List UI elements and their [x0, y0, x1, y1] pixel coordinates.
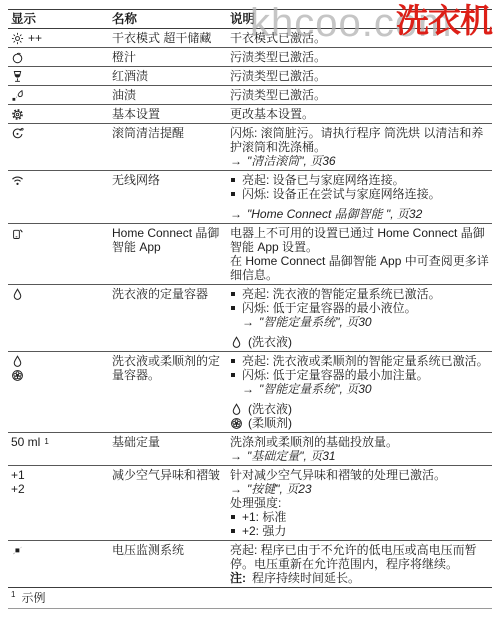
- bullet-text: 闪烁: 低于定量容器的最小加注量。: [242, 368, 429, 382]
- footnote: 1示例: [8, 587, 492, 609]
- icon-label-text: (洗衣液): [248, 335, 292, 349]
- display-line: 50 ml1: [11, 435, 112, 449]
- description-cell: 污渍类型已激活。: [230, 69, 492, 83]
- drum-clean-icon: [11, 127, 24, 140]
- description-cell: 亮起: 程序已由于不允许的低电压或高电压而暂停。电压重新在允许范围内，程序将继续…: [230, 543, 492, 585]
- description-line: 洗涤剂或柔顺剂的基础投放量。: [230, 435, 490, 449]
- display-cell: [8, 107, 112, 121]
- cross-reference: →"智能定量系统", 页30: [242, 382, 490, 396]
- reference-text: "基础定量", 页31: [247, 449, 336, 463]
- display-line: [11, 226, 112, 240]
- display-text: ++: [28, 31, 42, 45]
- description-line: 电器上不可用的设置已通过 Home Connect 晶御智能 App 设置。: [230, 226, 490, 254]
- display-cell: [8, 50, 112, 64]
- flower-icon: [230, 417, 243, 430]
- icon-label-text: (柔顺剂): [248, 416, 292, 430]
- indicator-table: 显示 名称 说明 ++干衣模式 超干储藏干衣模式已激活。橙汁污渍类型已激活。红酒…: [8, 9, 492, 609]
- table-row: Home Connect 晶御智能 App电器上不可用的设置已通过 Home C…: [8, 223, 492, 284]
- bullet-text: 亮起: 洗衣液的智能定量系统已激活。: [242, 287, 441, 301]
- description-cell: 针对减少空气异味和褶皱的处理已激活。→"按键", 页23处理强度:+1: 标准+…: [230, 468, 492, 538]
- table-row: 基本设置更改基本设置。: [8, 104, 492, 123]
- arrow-right-icon: →: [230, 207, 242, 221]
- table-row: 橙汁污渍类型已激活。: [8, 47, 492, 66]
- display-line: +1: [11, 468, 112, 482]
- flower-icon: [11, 369, 24, 382]
- name-cell: 油渍: [112, 88, 230, 102]
- description-line: 处理强度:: [230, 496, 490, 510]
- bullet-text: +1: 标准: [242, 510, 286, 524]
- display-line: +2: [11, 482, 112, 496]
- note-line: 注:程序持续时间延长。: [230, 571, 490, 585]
- bullet-text: 闪烁: 低于定量容器的最小液位。: [242, 301, 417, 315]
- display-cell: ++: [8, 31, 112, 45]
- cross-reference: →"基础定量", 页31: [230, 449, 490, 463]
- arrow-right-icon: →: [230, 449, 242, 463]
- description-cell: 污渍类型已激活。: [230, 50, 492, 64]
- orange-icon: [11, 51, 24, 64]
- bullet-icon: [231, 178, 235, 182]
- display-text: 50 ml: [11, 435, 40, 449]
- description-bullet-line: 闪烁: 低于定量容器的最小液位。: [230, 301, 490, 315]
- table-row: 洗衣液或柔顺剂的定量容器。亮起: 洗衣液或柔顺剂的智能定量系统已激活。闪烁: 低…: [8, 351, 492, 432]
- description-line: 针对减少空气异味和褶皱的处理已激活。: [230, 468, 490, 482]
- droplet-icon: [230, 336, 243, 349]
- name-cell: 滚筒清洁提醒: [112, 126, 230, 168]
- icon-label-line: (柔顺剂): [230, 416, 490, 430]
- display-text: +1: [11, 468, 25, 482]
- column-header-display: 显示: [8, 12, 112, 26]
- display-line: [11, 69, 112, 83]
- arrow-right-icon: →: [230, 482, 242, 496]
- display-line: [11, 354, 112, 368]
- display-cell: [8, 354, 112, 430]
- description-line: 亮起: 程序已由于不允许的低电压或高电压而暂停。电压重新在允许范围内，程序将继续…: [230, 543, 490, 571]
- display-line: [11, 173, 112, 187]
- bullet-icon: [231, 306, 235, 310]
- table-row: 洗衣液的定量容器亮起: 洗衣液的智能定量系统已激活。闪烁: 低于定量容器的最小液…: [8, 284, 492, 351]
- name-cell: 橙汁: [112, 50, 230, 64]
- footnote-text: 示例: [21, 591, 45, 605]
- display-cell: [8, 126, 112, 168]
- display-line: [11, 107, 112, 121]
- description-bullet-line: 闪烁: 设备正在尝试与家庭网络连接。: [230, 187, 490, 201]
- reference-text: "按键", 页23: [247, 482, 312, 496]
- display-line: ++: [11, 31, 112, 45]
- display-cell: +1+2: [8, 468, 112, 538]
- cross-reference: →"Home Connect 晶御智能 ", 页32: [230, 207, 490, 221]
- description-bullet-line: +1: 标准: [230, 510, 490, 524]
- table-row: 50 ml1基础定量洗涤剂或柔顺剂的基础投放量。→"基础定量", 页31: [8, 432, 492, 465]
- description-line: 污渍类型已激活。: [230, 88, 490, 102]
- table-row: +1+2减少空气异味和褶皱针对减少空气异味和褶皱的处理已激活。→"按键", 页2…: [8, 465, 492, 540]
- site-stamp-text: 洗衣机: [396, 2, 492, 40]
- display-cell: 50 ml1: [8, 435, 112, 463]
- cross-reference: →"清洁滚筒", 页36: [230, 154, 490, 168]
- display-text: +2: [11, 482, 25, 496]
- table-row: 无线网络亮起: 设备已与家庭网络连接。闪烁: 设备正在尝试与家庭网络连接。→"H…: [8, 170, 492, 223]
- description-bullet-line: 闪烁: 低于定量容器的最小加注量。: [230, 368, 490, 382]
- name-cell: 洗衣液的定量容器: [112, 287, 230, 349]
- reference-text: "智能定量系统", 页30: [259, 382, 372, 396]
- voltage-dot-icon: [11, 544, 24, 557]
- cross-reference: →"按键", 页23: [230, 482, 490, 496]
- icon-label-line: (洗衣液): [230, 335, 490, 349]
- icon-label-text: (洗衣液): [248, 402, 292, 416]
- gear-icon: [11, 108, 24, 121]
- reference-text: "Home Connect 晶御智能 ", 页32: [247, 207, 422, 221]
- bullet-text: +2: 强力: [242, 524, 286, 538]
- display-line: [11, 368, 112, 382]
- name-cell: 减少空气异味和褶皱: [112, 468, 230, 538]
- sun-icon: [11, 32, 24, 45]
- droplet-icon: [230, 403, 243, 416]
- description-bullet-line: 亮起: 设备已与家庭网络连接。: [230, 173, 490, 187]
- display-line: [11, 287, 112, 301]
- table-row: 油渍污渍类型已激活。: [8, 85, 492, 104]
- bullet-icon: [231, 192, 235, 196]
- arrow-right-icon: →: [242, 382, 254, 396]
- description-cell: 电器上不可用的设置已通过 Home Connect 晶御智能 App 设置。在 …: [230, 226, 492, 282]
- description-line: 污渍类型已激活。: [230, 50, 490, 64]
- bullet-text: 闪烁: 设备正在尝试与家庭网络连接。: [242, 187, 441, 201]
- name-cell: 基本设置: [112, 107, 230, 121]
- arrow-right-icon: →: [230, 154, 242, 168]
- wine-glass-icon: [11, 70, 24, 83]
- table-body: ++干衣模式 超干储藏干衣模式已激活。橙汁污渍类型已激活。红酒渍污渍类型已激活。…: [8, 28, 492, 587]
- display-line: [11, 50, 112, 64]
- name-cell: Home Connect 晶御智能 App: [112, 226, 230, 282]
- name-cell: 干衣模式 超干储藏: [112, 31, 230, 45]
- icon-label-line: (洗衣液): [230, 402, 490, 416]
- table-row: 滚筒清洁提醒闪烁: 滚筒脏污。请执行程序 筒洗烘 以清洁和养护滚筒和洗涤桶。→"…: [8, 123, 492, 170]
- description-bullet-line: 亮起: 洗衣液或柔顺剂的智能定量系统已激活。: [230, 354, 490, 368]
- description-line: 在 Home Connect 晶御智能 App 中可查阅更多详细信息。: [230, 254, 490, 282]
- note-text: 程序持续时间延长。: [252, 571, 360, 585]
- name-cell: 洗衣液或柔顺剂的定量容器。: [112, 354, 230, 430]
- description-cell: 亮起: 洗衣液或柔顺剂的智能定量系统已激活。闪烁: 低于定量容器的最小加注量。→…: [230, 354, 492, 430]
- name-cell: 无线网络: [112, 173, 230, 221]
- description-cell: 更改基本设置。: [230, 107, 492, 121]
- description-cell: 洗涤剂或柔顺剂的基础投放量。→"基础定量", 页31: [230, 435, 492, 463]
- bullet-icon: [231, 359, 235, 363]
- description-cell: 亮起: 设备已与家庭网络连接。闪烁: 设备正在尝试与家庭网络连接。→"Home …: [230, 173, 492, 221]
- description-cell: 闪烁: 滚筒脏污。请执行程序 筒洗烘 以清洁和养护滚筒和洗涤桶。→"清洁滚筒",…: [230, 126, 492, 168]
- cross-reference: →"智能定量系统", 页30: [242, 315, 490, 329]
- note-prefix: 注:: [230, 571, 246, 585]
- display-line: [11, 88, 112, 102]
- footnote-marker: 1: [11, 590, 15, 599]
- bullet-icon: [231, 515, 235, 519]
- display-cell: [8, 287, 112, 349]
- description-bullet-line: +2: 强力: [230, 524, 490, 538]
- home-connect-app-icon: [11, 227, 24, 240]
- description-line: 污渍类型已激活。: [230, 69, 490, 83]
- name-cell: 红酒渍: [112, 69, 230, 83]
- bullet-text: 亮起: 设备已与家庭网络连接。: [242, 173, 405, 187]
- description-cell: 污渍类型已激活。: [230, 88, 492, 102]
- name-cell: 电压监测系统: [112, 543, 230, 585]
- column-header-name: 名称: [112, 12, 230, 26]
- bullet-text: 亮起: 洗衣液或柔顺剂的智能定量系统已激活。: [242, 354, 489, 368]
- bullet-icon: [231, 292, 235, 296]
- bullet-icon: [231, 529, 235, 533]
- description-line: 更改基本设置。: [230, 107, 490, 121]
- display-cell: [8, 226, 112, 282]
- description-bullet-line: 亮起: 洗衣液的智能定量系统已激活。: [230, 287, 490, 301]
- droplet-icon: [11, 288, 24, 301]
- description-line: 闪烁: 滚筒脏污。请执行程序 筒洗烘 以清洁和养护滚筒和洗涤桶。: [230, 126, 490, 154]
- display-line: [11, 543, 112, 557]
- description-cell: 亮起: 洗衣液的智能定量系统已激活。闪烁: 低于定量容器的最小液位。→"智能定量…: [230, 287, 492, 349]
- droplet-icon: [11, 355, 24, 368]
- display-cell: [8, 69, 112, 83]
- name-cell: 基础定量: [112, 435, 230, 463]
- table-row: 红酒渍污渍类型已激活。: [8, 66, 492, 85]
- display-line: [11, 126, 112, 140]
- arrow-right-icon: →: [242, 315, 254, 329]
- wifi-icon: [11, 174, 24, 187]
- table-row: 电压监测系统亮起: 程序已由于不允许的低电压或高电压而暂停。电压重新在允许范围内…: [8, 540, 492, 587]
- reference-text: "清洁滚筒", 页36: [247, 154, 336, 168]
- manual-page: khcoo.com 洗衣机 显示 名称 说明 ++干衣模式 超干储藏干衣模式已激…: [0, 0, 500, 630]
- display-cell: [8, 173, 112, 221]
- reference-text: "智能定量系统", 页30: [259, 315, 372, 329]
- oil-drop-icon: [11, 89, 24, 102]
- display-cell: [8, 543, 112, 585]
- display-cell: [8, 88, 112, 102]
- bullet-icon: [231, 373, 235, 377]
